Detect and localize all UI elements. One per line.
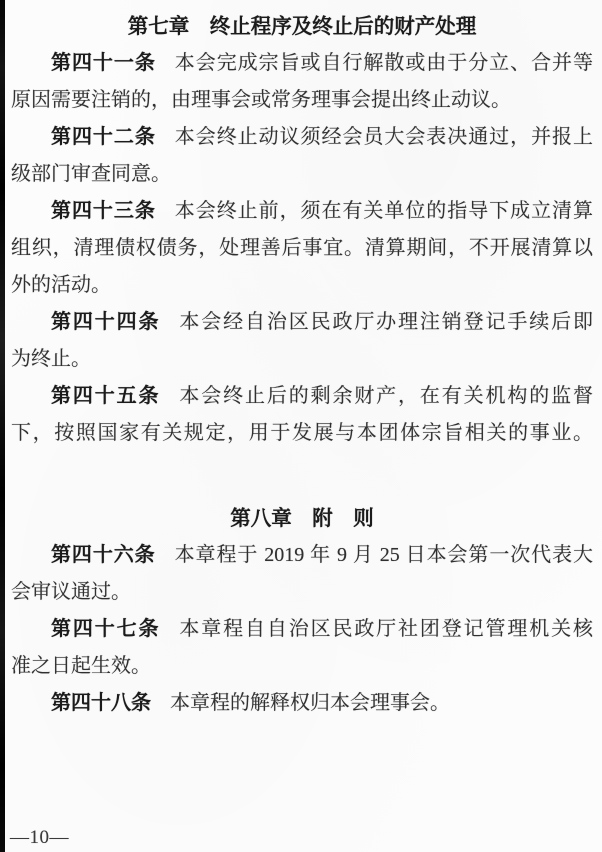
article-46-line-2: 会审议通过。 bbox=[11, 574, 593, 611]
article-44-text: 本会经自治区民政厅办理注销登记手续后即 bbox=[179, 311, 593, 333]
page-number: —10— bbox=[10, 827, 69, 849]
article-45-number: 第四十五条 bbox=[51, 385, 160, 407]
article-44-line-1: 第四十四条本会经自治区民政厅办理注销登记手续后即 bbox=[11, 304, 593, 341]
article-47-text: 本章程自自治区民政厅社团登记管理机关核 bbox=[179, 618, 593, 640]
article-44-line-2: 为终止。 bbox=[11, 341, 593, 378]
article-44-number: 第四十四条 bbox=[51, 311, 160, 333]
article-41-line-2: 原因需要注销的，由理事会或常务理事会提出终止动议。 bbox=[11, 82, 593, 119]
article-42-line-2: 级部门审查同意。 bbox=[11, 156, 593, 193]
article-43-line-2: 组织，清理债权债务，处理善后事宜。清算期间，不开展清算以 bbox=[11, 230, 593, 267]
article-42-line-1: 第四十二条本会终止动议须经会员大会表决通过，并报上 bbox=[11, 119, 593, 156]
article-43-text: 本会终止前，须在有关单位的指导下成立清算 bbox=[175, 200, 593, 222]
article-46-number: 第四十六条 bbox=[51, 544, 156, 566]
scan-edge-artifact bbox=[0, 0, 5, 852]
article-45-line-2: 下，按照国家有关规定，用于发展与本团体宗旨相关的事业。 bbox=[11, 415, 593, 452]
article-45-line-1: 第四十五条本会终止后的剩余财产，在有关机构的监督 bbox=[11, 378, 593, 415]
scanned-document-page: 第七章 终止程序及终止后的财产处理 第四十一条本会完成宗旨或自行解散或由于分立、… bbox=[0, 0, 602, 852]
article-46-line-1: 第四十六条本章程于 2019 年 9 月 25 日本会第一次代表大 bbox=[11, 537, 593, 574]
article-41-line-1: 第四十一条本会完成宗旨或自行解散或由于分立、合并等 bbox=[11, 45, 593, 82]
article-43-line-3: 外的活动。 bbox=[11, 267, 593, 304]
article-41-number: 第四十一条 bbox=[51, 52, 156, 74]
article-46-text: 本章程于 2019 年 9 月 25 日本会第一次代表大 bbox=[175, 544, 593, 566]
article-48-number: 第四十八条 bbox=[51, 692, 151, 714]
article-41-text: 本会完成宗旨或自行解散或由于分立、合并等 bbox=[175, 52, 593, 74]
chapter7-heading: 第七章 终止程序及终止后的财产处理 bbox=[11, 8, 593, 45]
article-47-line-1: 第四十七条本章程自自治区民政厅社团登记管理机关核 bbox=[11, 611, 593, 648]
article-42-number: 第四十二条 bbox=[51, 126, 156, 148]
article-42-text: 本会终止动议须经会员大会表决通过，并报上 bbox=[175, 126, 593, 148]
article-43-number: 第四十三条 bbox=[51, 200, 156, 222]
article-48-line-1: 第四十八条本章程的解释权归本会理事会。 bbox=[11, 685, 593, 722]
article-48-text: 本章程的解释权归本会理事会。 bbox=[170, 692, 450, 714]
document-body: 第七章 终止程序及终止后的财产处理 第四十一条本会完成宗旨或自行解散或由于分立、… bbox=[11, 8, 593, 722]
article-47-line-2: 准之日起生效。 bbox=[11, 648, 593, 685]
chapter8-heading: 第八章 附 则 bbox=[11, 500, 593, 537]
article-43-line-1: 第四十三条本会终止前，须在有关单位的指导下成立清算 bbox=[11, 193, 593, 230]
article-47-number: 第四十七条 bbox=[51, 618, 160, 640]
article-45-text: 本会终止后的剩余财产，在有关机构的监督 bbox=[179, 385, 593, 407]
